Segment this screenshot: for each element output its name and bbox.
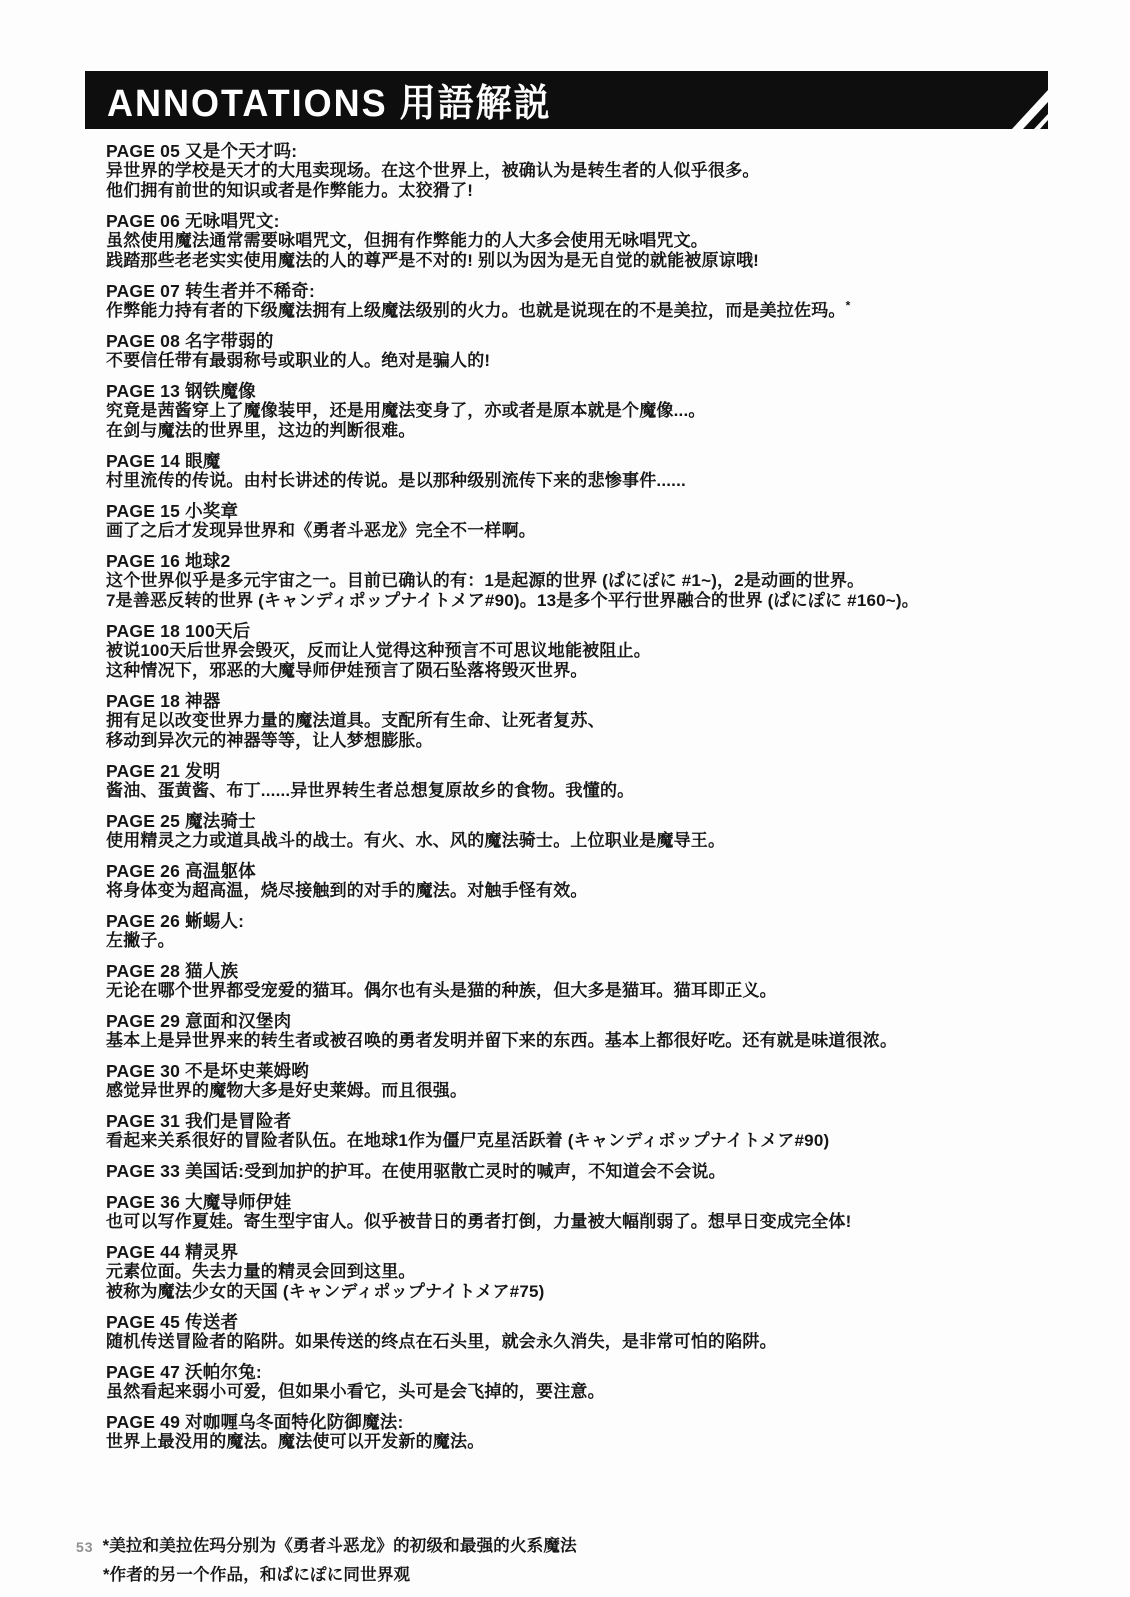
entry-line: 将身体变为超高温，烧尽接触到的对手的魔法。对触手怪有效。 — [106, 881, 1071, 901]
annotation-entry: PAGE 36 大魔导师伊娃也可以写作夏娃。寄生型宇宙人。似乎被昔日的勇者打倒，… — [106, 1192, 1071, 1232]
page-title: ANNOTATIONS 用語解説 — [85, 73, 552, 127]
annotation-entry: PAGE 06 无咏唱咒文:虽然使用魔法通常需要咏唱咒文，但拥有作弊能力的人大多… — [106, 211, 1071, 271]
entry-text: 这个世界似乎是多元宇宙之一。目前已确认的有：1是起源的世界 (ぱにぽに #1~)… — [106, 571, 864, 590]
entry-text: 将身体变为超高温，烧尽接触到的对手的魔法。对触手怪有效。 — [106, 881, 588, 900]
entry-text: 无论在哪个世界都受宠爱的猫耳。偶尔也有头是猫的种族，但大多是猫耳。猫耳即正义。 — [106, 981, 777, 1000]
entry-text: 虽然看起来弱小可爱，但如果小看它，头可是会飞掉的，要注意。 — [106, 1382, 605, 1401]
entry-text: 使用精灵之力或道具战斗的战士。有火、水、风的魔法骑士。上位职业是魔导王。 — [106, 831, 725, 850]
entry-title: PAGE 31 我们是冒险者 — [106, 1111, 1071, 1131]
entry-title: PAGE 47 沃帕尔兔: — [106, 1362, 1071, 1382]
entry-text: 究竟是茜酱穿上了魔像装甲，还是用魔法变身了，亦或者是原本就是个魔像...。 — [106, 401, 706, 420]
entry-title: PAGE 36 大魔导师伊娃 — [106, 1192, 1071, 1212]
entry-text: 异世界的学校是天才的大甩卖现场。在这个世界上，被确认为是转生者的人似乎很多。 — [106, 161, 760, 180]
entry-line: 被说100天后世界会毁灭，反而让人觉得这种预言不可思议地能被阻止。 — [106, 641, 1071, 661]
annotation-entry: PAGE 31 我们是冒险者看起来关系很好的冒险者队伍。在地球1作为僵尸克星活跃… — [106, 1111, 1071, 1151]
entry-line: 使用精灵之力或道具战斗的战士。有火、水、风的魔法骑士。上位职业是魔导王。 — [106, 831, 1071, 851]
entry-text: 左撇子。 — [106, 931, 175, 950]
entry-text: 元素位面。失去力量的精灵会回到这里。 — [106, 1262, 416, 1281]
entry-text: 虽然使用魔法通常需要咏唱咒文，但拥有作弊能力的人大多会使用无咏唱咒文。 — [106, 231, 708, 250]
entry-text: 画了之后才发现异世界和《勇者斗恶龙》完全不一样啊。 — [106, 521, 536, 540]
entry-line: 7是善恶反转的世界 (キャンディポップナイトメア#90)。13是多个平行世界融合… — [106, 591, 1071, 611]
entry-line: 异世界的学校是天才的大甩卖现场。在这个世界上，被确认为是转生者的人似乎很多。 — [106, 161, 1071, 181]
entry-title: PAGE 16 地球2 — [106, 551, 1071, 571]
entry-line: 村里流传的传说。由村长讲述的传说。是以那种级别流传下来的悲惨事件...... — [106, 471, 1071, 491]
entry-title: PAGE 44 精灵界 — [106, 1242, 1071, 1262]
entry-text: 践踏那些老老实实使用魔法的人的尊严是不对的! 别以为因为是无自觉的就能被原谅哦! — [106, 251, 759, 270]
annotation-entry: PAGE 08 名字带弱的不要信任带有最弱称号或职业的人。绝对是骗人的! — [106, 331, 1071, 371]
annotation-entry: PAGE 18 神器拥有足以改变世界力量的魔法道具。支配所有生命、让死者复苏、移… — [106, 691, 1071, 751]
entry-line: 作弊能力持有者的下级魔法拥有上级魔法级别的火力。也就是说现在的不是美拉，而是美拉… — [106, 301, 1071, 321]
entry-line: 无论在哪个世界都受宠爱的猫耳。偶尔也有头是猫的种族，但大多是猫耳。猫耳即正义。 — [106, 981, 1071, 1001]
entry-text: 村里流传的传说。由村长讲述的传说。是以那种级别流传下来的悲惨事件...... — [106, 471, 686, 490]
entry-title: PAGE 14 眼魔 — [106, 451, 1071, 471]
annotation-entry: PAGE 33 美国话:受到加护的护耳。在使用驱散亡灵时的喊声，不知道会不会说。 — [106, 1161, 1071, 1182]
entry-text: 随机传送冒险者的陷阱。如果传送的终点在石头里，就会永久消失，是非常可怕的陷阱。 — [106, 1332, 777, 1351]
entry-line: 究竟是茜酱穿上了魔像装甲，还是用魔法变身了，亦或者是原本就是个魔像...。 — [106, 401, 1071, 421]
entry-line: 不要信任带有最弱称号或职业的人。绝对是骗人的! — [106, 351, 1071, 371]
entry-title: PAGE 30 不是坏史莱姆哟 — [106, 1061, 1071, 1081]
entry-line: 移动到异次元的神器等等，让人梦想膨胀。 — [106, 731, 1071, 751]
entry-title: PAGE 15 小奖章 — [106, 501, 1071, 521]
entry-title: PAGE 08 名字带弱的 — [106, 331, 1071, 351]
entry-line: 世界上最没用的魔法。魔法使可以开发新的魔法。 — [106, 1432, 1071, 1452]
annotations-list: PAGE 05 又是个天才吗:异世界的学校是天才的大甩卖现场。在这个世界上，被确… — [106, 141, 1071, 1462]
entry-line: 画了之后才发现异世界和《勇者斗恶龙》完全不一样啊。 — [106, 521, 1071, 541]
entry-text: 拥有足以改变世界力量的魔法道具。支配所有生命、让死者复苏、 — [106, 711, 605, 730]
entry-text: 作弊能力持有者的下级魔法拥有上级魔法级别的火力。也就是说现在的不是美拉，而是美拉… — [106, 301, 846, 320]
entry-text: 被称为魔法少女的天国 (キャンディポップナイトメア#75) — [106, 1282, 545, 1301]
entry-text: 看起来关系很好的冒险者队伍。在地球1作为僵尸克星活跃着 (キャンディボップナイト… — [106, 1131, 829, 1150]
annotation-entry: PAGE 05 又是个天才吗:异世界的学校是天才的大甩卖现场。在这个世界上，被确… — [106, 141, 1071, 201]
entry-title: PAGE 21 发明 — [106, 761, 1071, 781]
entry-title: PAGE 26 蜥蜴人: — [106, 911, 1071, 931]
entry-title: PAGE 07 转生者并不稀奇: — [106, 281, 1071, 301]
entry-line: 他们拥有前世的知识或者是作弊能力。太狡猾了! — [106, 181, 1071, 201]
entry-text: 也可以写作夏娃。寄生型宇宙人。似乎被昔日的勇者打倒，力量被大幅削弱了。想早日变成… — [106, 1212, 851, 1231]
entry-title: PAGE 28 猫人族 — [106, 961, 1071, 981]
entry-text: 移动到异次元的神器等等，让人梦想膨胀。 — [106, 731, 433, 750]
annotation-entry: PAGE 15 小奖章画了之后才发现异世界和《勇者斗恶龙》完全不一样啊。 — [106, 501, 1071, 541]
entry-title: PAGE 18 100天后 — [106, 621, 1071, 641]
page-number: 53 — [76, 1539, 94, 1555]
entry-text: 感觉异世界的魔物大多是好史莱姆。而且很强。 — [106, 1081, 467, 1100]
annotation-entry: PAGE 18 100天后被说100天后世界会毁灭，反而让人觉得这种预言不可思议… — [106, 621, 1071, 681]
footnote-line: *美拉和美拉佐玛分别为《勇者斗恶龙》的初级和最强的火系魔法 — [103, 1536, 577, 1556]
entry-title: PAGE 18 神器 — [106, 691, 1071, 711]
entry-line: 看起来关系很好的冒险者队伍。在地球1作为僵尸克星活跃着 (キャンディボップナイト… — [106, 1131, 1071, 1151]
entry-text: 被说100天后世界会毁灭，反而让人觉得这种预言不可思议地能被阻止。 — [106, 641, 651, 660]
annotation-entry: PAGE 44 精灵界元素位面。失去力量的精灵会回到这里。被称为魔法少女的天国 … — [106, 1242, 1071, 1302]
annotation-entry: PAGE 47 沃帕尔兔:虽然看起来弱小可爱，但如果小看它，头可是会飞掉的，要注… — [106, 1362, 1071, 1402]
annotation-entry: PAGE 25 魔法骑士使用精灵之力或道具战斗的战士。有火、水、风的魔法骑士。上… — [106, 811, 1071, 851]
entry-line: 践踏那些老老实实使用魔法的人的尊严是不对的! 别以为因为是无自觉的就能被原谅哦! — [106, 251, 1071, 271]
entry-line: 也可以写作夏娃。寄生型宇宙人。似乎被昔日的勇者打倒，力量被大幅削弱了。想早日变成… — [106, 1212, 1071, 1232]
entry-line: 拥有足以改变世界力量的魔法道具。支配所有生命、让死者复苏、 — [106, 711, 1071, 731]
entry-title: PAGE 33 美国话: — [106, 1161, 244, 1181]
entry-line: 基本上是异世界来的转生者或被召唤的勇者发明并留下来的东西。基本上都很好吃。还有就… — [106, 1031, 1071, 1051]
entry-text: 这种情况下，邪恶的大魔导师伊娃预言了陨石坠落将毁灭世界。 — [106, 661, 588, 680]
footnote-line: *作者的另一个作品，和ぱにぽに同世界观 — [103, 1565, 1076, 1585]
entry-title: PAGE 29 意面和汉堡肉 — [106, 1011, 1071, 1031]
entry-text: 酱油、蛋黄酱、布丁......异世界转生者总想复原故乡的食物。我懂的。 — [106, 781, 634, 800]
entry-line: 这个世界似乎是多元宇宙之一。目前已确认的有：1是起源的世界 (ぱにぽに #1~)… — [106, 571, 1071, 591]
annotation-entry: PAGE 16 地球2这个世界似乎是多元宇宙之一。目前已确认的有：1是起源的世界… — [106, 551, 1071, 611]
annotation-entry: PAGE 28 猫人族无论在哪个世界都受宠爱的猫耳。偶尔也有头是猫的种族，但大多… — [106, 961, 1071, 1001]
entry-text: 不要信任带有最弱称号或职业的人。绝对是骗人的! — [106, 351, 490, 370]
entry-title: PAGE 13 钢铁魔像 — [106, 381, 1071, 401]
entry-line: 在剑与魔法的世界里，这边的判断很难。 — [106, 421, 1071, 441]
entry-title: PAGE 49 对咖喱乌冬面特化防御魔法: — [106, 1412, 1071, 1432]
entry-title: PAGE 06 无咏唱咒文: — [106, 211, 1071, 231]
entry-text: 基本上是异世界来的转生者或被召唤的勇者发明并留下来的东西。基本上都很好吃。还有就… — [106, 1031, 897, 1050]
annotation-entry: PAGE 30 不是坏史莱姆哟感觉异世界的魔物大多是好史莱姆。而且很强。 — [106, 1061, 1071, 1101]
annotation-entry: PAGE 21 发明酱油、蛋黄酱、布丁......异世界转生者总想复原故乡的食物… — [106, 761, 1071, 801]
page: { "banner": { "title": "ANNOTATIONS 用語解説… — [0, 0, 1130, 1597]
entry-line: 随机传送冒险者的陷阱。如果传送的终点在石头里，就会永久消失，是非常可怕的陷阱。 — [106, 1332, 1071, 1352]
entry-text: 他们拥有前世的知识或者是作弊能力。太狡猾了! — [106, 181, 473, 200]
entry-text: 在剑与魔法的世界里，这边的判断很难。 — [106, 421, 416, 440]
entry-text: 世界上最没用的魔法。魔法使可以开发新的魔法。 — [106, 1432, 484, 1451]
entry-line: 左撇子。 — [106, 931, 1071, 951]
entry-line: 元素位面。失去力量的精灵会回到这里。 — [106, 1262, 1071, 1282]
annotation-entry: PAGE 45 传送者随机传送冒险者的陷阱。如果传送的终点在石头里，就会永久消失… — [106, 1312, 1071, 1352]
entry-title: PAGE 26 高温躯体 — [106, 861, 1071, 881]
annotation-entry: PAGE 07 转生者并不稀奇:作弊能力持有者的下级魔法拥有上级魔法级别的火力。… — [106, 281, 1071, 321]
entry-text: 受到加护的护耳。在使用驱散亡灵时的喊声，不知道会不会说。 — [244, 1162, 726, 1181]
entry-title: PAGE 45 传送者 — [106, 1312, 1071, 1332]
annotation-entry: PAGE 49 对咖喱乌冬面特化防御魔法:世界上最没用的魔法。魔法使可以开发新的… — [106, 1412, 1071, 1452]
entry-title: PAGE 25 魔法骑士 — [106, 811, 1071, 831]
entry-line: 感觉异世界的魔物大多是好史莱姆。而且很强。 — [106, 1081, 1071, 1101]
banner-corner-stripes-decoration — [958, 71, 1048, 129]
annotation-entry: PAGE 14 眼魔村里流传的传说。由村长讲述的传说。是以那种级别流传下来的悲惨… — [106, 451, 1071, 491]
entry-text: 7是善恶反转的世界 (キャンディポップナイトメア#90)。13是多个平行世界融合… — [106, 591, 919, 610]
annotation-entry: PAGE 26 蜥蜴人:左撇子。 — [106, 911, 1071, 951]
entry-line: 这种情况下，邪恶的大魔导师伊娃预言了陨石坠落将毁灭世界。 — [106, 661, 1071, 681]
header-banner: ANNOTATIONS 用語解説 — [85, 71, 1048, 129]
entry-line: PAGE 33 美国话:受到加护的护耳。在使用驱散亡灵时的喊声，不知道会不会说。 — [106, 1161, 1071, 1182]
entry-line: 虽然看起来弱小可爱，但如果小看它，头可是会飞掉的，要注意。 — [106, 1382, 1071, 1402]
annotation-entry: PAGE 13 钢铁魔像究竟是茜酱穿上了魔像装甲，还是用魔法变身了，亦或者是原本… — [106, 381, 1071, 441]
footnotes: 53 *美拉和美拉佐玛分别为《勇者斗恶龙》的初级和最强的火系魔法 *作者的另一个… — [76, 1536, 1076, 1585]
annotation-entry: PAGE 26 高温躯体将身体变为超高温，烧尽接触到的对手的魔法。对触手怪有效。 — [106, 861, 1071, 901]
annotation-entry: PAGE 29 意面和汉堡肉基本上是异世界来的转生者或被召唤的勇者发明并留下来的… — [106, 1011, 1071, 1051]
entry-line: 虽然使用魔法通常需要咏唱咒文，但拥有作弊能力的人大多会使用无咏唱咒文。 — [106, 231, 1071, 251]
entry-asterisk: * — [846, 298, 851, 312]
entry-title: PAGE 05 又是个天才吗: — [106, 141, 1071, 161]
entry-line: 被称为魔法少女的天国 (キャンディポップナイトメア#75) — [106, 1282, 1071, 1302]
entry-line: 酱油、蛋黄酱、布丁......异世界转生者总想复原故乡的食物。我懂的。 — [106, 781, 1071, 801]
